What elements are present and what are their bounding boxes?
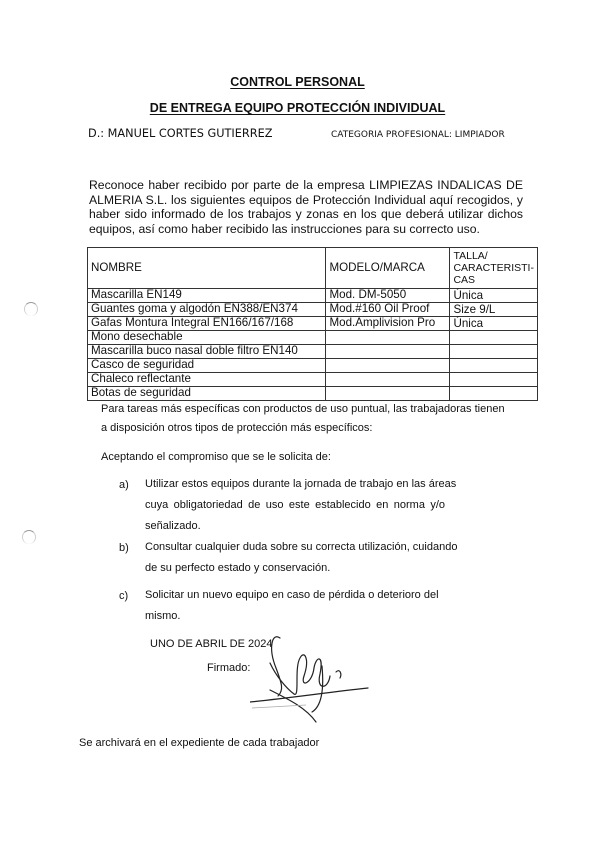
punch-hole-mark: [24, 302, 38, 316]
cell-name: Gafas Montura Integral EN166/167/168: [88, 317, 326, 331]
cell-size: [450, 345, 538, 359]
table-row: Gafas Montura Integral EN166/167/168 Mod…: [88, 317, 538, 331]
header-model: MODELO/MARCA: [326, 248, 450, 289]
commitment-line: mismo.: [145, 610, 180, 622]
intro-line: equipos, así como haber recibido las ins…: [89, 222, 523, 237]
cell-size: [450, 373, 538, 387]
commitment-line: Utilizar estos equipos durante la jornad…: [145, 474, 445, 495]
cell-model: [326, 331, 450, 345]
table-row: Botas de seguridad: [88, 387, 538, 401]
cell-model: Mod.#160 Oil Proof: [326, 303, 450, 317]
commitment-item: Utilizar estos equipos durante la jornad…: [145, 474, 445, 537]
table-row: Casco de seguridad: [88, 359, 538, 373]
commitment-line: de su perfecto estado y conservación.: [145, 562, 330, 574]
cell-name: Mascarilla EN149: [88, 289, 326, 303]
cell-size: Única: [450, 289, 538, 303]
table-row: Mono desechable: [88, 331, 538, 345]
signature-scribble: [250, 628, 370, 723]
table-row: Chaleco reflectante: [88, 373, 538, 387]
cell-name: Mono desechable: [88, 331, 326, 345]
intro-paragraph: Reconoce haber recibido por parte de la …: [89, 178, 523, 236]
cell-name: Chaleco reflectante: [88, 373, 326, 387]
commitment-intro: Aceptando el compromiso que se le solici…: [101, 450, 331, 464]
commitment-line: Consultar cualquier duda sobre su correc…: [145, 537, 445, 558]
cell-name: Botas de seguridad: [88, 387, 326, 401]
cell-model: [326, 387, 450, 401]
cell-size: [450, 331, 538, 345]
cell-model: [326, 359, 450, 373]
cell-name: Guantes goma y algodón EN388/EN374: [88, 303, 326, 317]
commitment-line: señalizado.: [145, 520, 201, 532]
commitment-letter: b): [119, 542, 129, 554]
document-subtitle: DE ENTREGA EQUIPO PROTECCIÓN INDIVIDUAL: [0, 101, 595, 115]
signed-label: Firmado:: [207, 661, 250, 675]
commitment-letter: a): [119, 479, 129, 491]
footer-note: Se archivará en el expediente de cada tr…: [79, 737, 319, 749]
note-line: a disposición otros tipos de protección …: [101, 421, 372, 435]
header-size: TALLA/ CARACTERISTI- CAS: [450, 248, 538, 289]
header-size-line: TALLA/: [453, 250, 534, 262]
cell-model: Mod. DM-5050: [326, 289, 450, 303]
commitment-line: cuya obligatoriedad de uso este establec…: [145, 495, 445, 516]
table-header-row: NOMBRE MODELO/MARCA TALLA/ CARACTERISTI-…: [88, 248, 538, 289]
table-row: Guantes goma y algodón EN388/EN374 Mod.#…: [88, 303, 538, 317]
ppe-table: NOMBRE MODELO/MARCA TALLA/ CARACTERISTI-…: [87, 247, 538, 401]
header-name: NOMBRE: [88, 248, 326, 289]
commitment-line: Solicitar un nuevo equipo en caso de pér…: [145, 585, 445, 606]
table-row: Mascarilla buco nasal doble filtro EN140: [88, 345, 538, 359]
note-line: Para tareas más específicas con producto…: [101, 402, 505, 416]
commitment-item: Consultar cualquier duda sobre su correc…: [145, 537, 445, 579]
commitment-letter: c): [119, 590, 128, 602]
cell-size: [450, 387, 538, 401]
cell-size: Única: [450, 317, 538, 331]
document-title: CONTROL PERSONAL: [0, 75, 595, 89]
commitment-item: Solicitar un nuevo equipo en caso de pér…: [145, 585, 445, 627]
cell-model: [326, 373, 450, 387]
employee-name: D.: MANUEL CORTES GUTIERREZ: [88, 127, 272, 140]
cell-size: [450, 359, 538, 373]
cell-model: Mod.Amplivision Pro: [326, 317, 450, 331]
professional-category: CATEGORIA PROFESIONAL: LIMPIADOR: [331, 130, 505, 140]
cell-model: [326, 345, 450, 359]
punch-hole-mark: [22, 530, 36, 544]
cell-size: Size 9/L: [450, 303, 538, 317]
cell-name: Casco de seguridad: [88, 359, 326, 373]
header-size-line: CAS: [453, 274, 534, 286]
cell-name: Mascarilla buco nasal doble filtro EN140: [88, 345, 326, 359]
header-size-line: CARACTERISTI-: [453, 262, 534, 274]
intro-line: Reconoce haber recibido por parte de la …: [89, 178, 523, 193]
table-row: Mascarilla EN149 Mod. DM-5050 Única: [88, 289, 538, 303]
intro-line: ALMERIA S.L. los siguientes equipos de P…: [89, 193, 523, 208]
intro-line: haber sido informado de los trabajos y z…: [89, 207, 523, 222]
